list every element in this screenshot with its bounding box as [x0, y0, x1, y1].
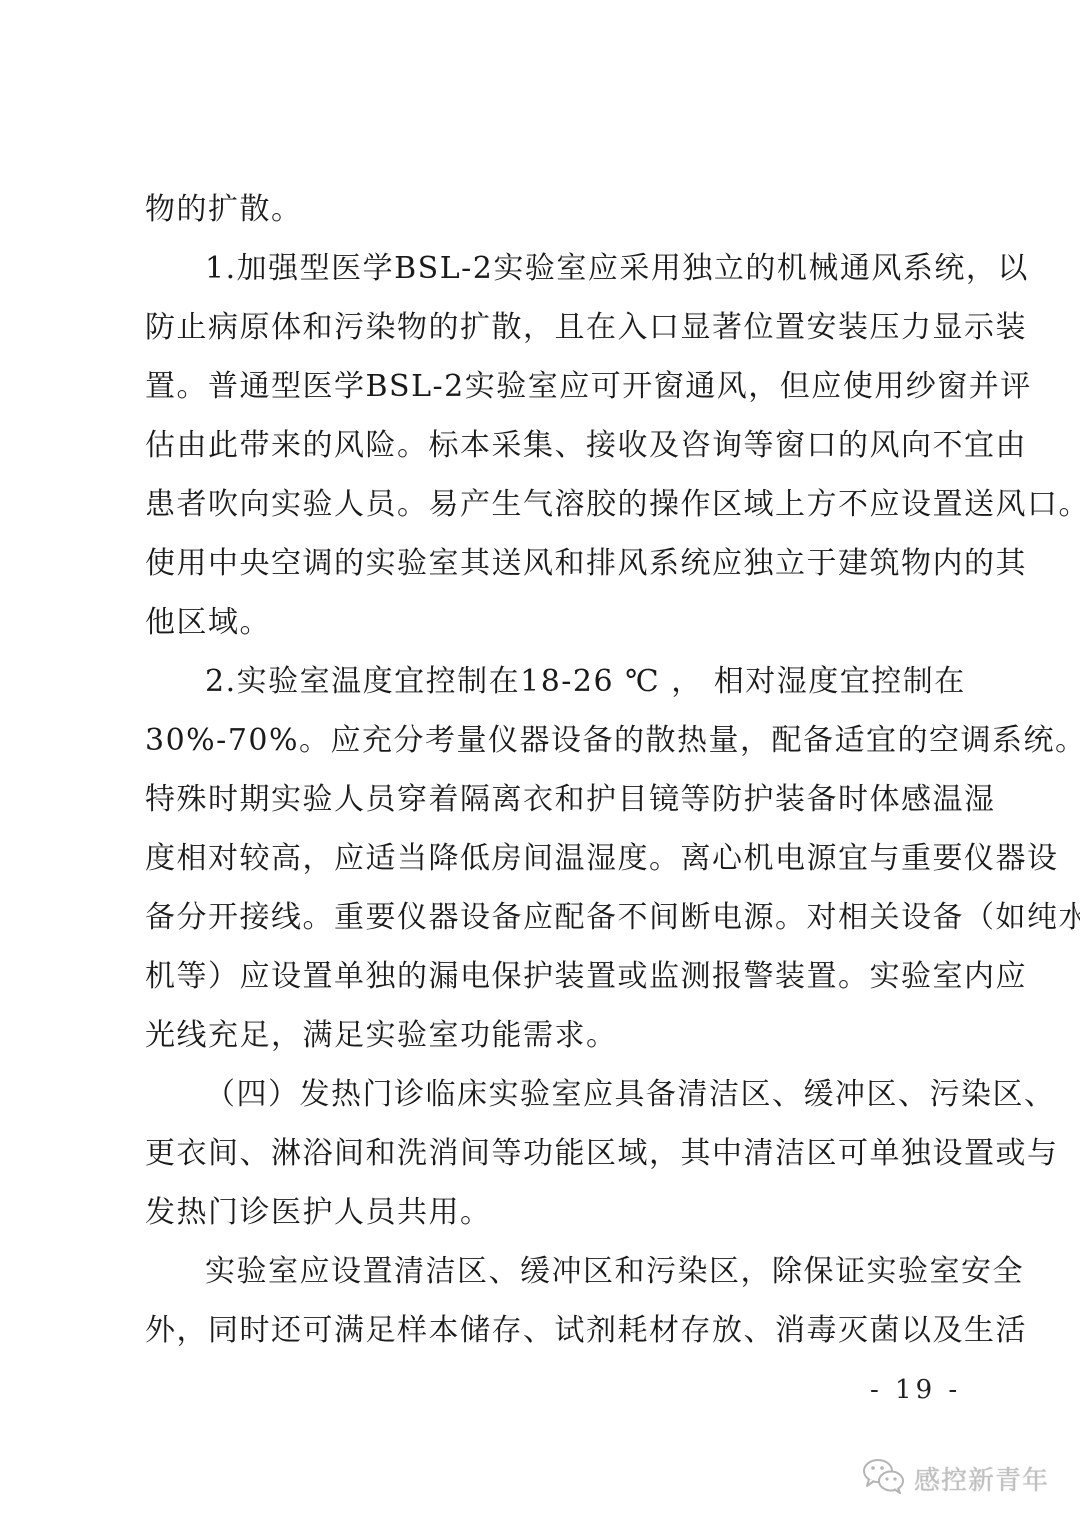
text-line: 特殊时期实验人员穿着隔离衣和护目镜等防护装备时体感温湿 [145, 775, 965, 825]
document-page: 物的扩散。1.加强型医学BSL-2实验室应采用独立的机械通风系统，以防止病原体和… [0, 0, 1080, 1527]
text-line: 外，同时还可满足样本储存、试剂耗材存放、消毒灭菌以及生活 [145, 1306, 965, 1356]
text-line: 1.加强型医学BSL-2实验室应采用独立的机械通风系统，以 [145, 244, 965, 294]
text-line: 实验室应设置清洁区、缓冲区和污染区，除保证实验室安全 [145, 1247, 965, 1297]
text-line: 更衣间、淋浴间和洗消间等功能区域，其中清洁区可单独设置或与 [145, 1129, 965, 1179]
wechat-icon [862, 1457, 906, 1499]
text-line: （四）发热门诊临床实验室应具备清洁区、缓冲区、污染区、 [145, 1070, 965, 1120]
text-line: 置。普通型医学BSL-2实验室应可开窗通风，但应使用纱窗并评 [145, 362, 965, 412]
text-line: 发热门诊医护人员共用。 [145, 1188, 965, 1238]
text-line: 物的扩散。 [145, 185, 965, 235]
text-line: 使用中央空调的实验室其送风和排风系统应独立于建筑物内的其 [145, 539, 965, 589]
text-line: 他区域。 [145, 598, 965, 648]
page-number: - 19 - [870, 1372, 961, 1408]
watermark-text: 感控新青年 [914, 1460, 1049, 1497]
text-line: 备分开接线。重要仪器设备应配备不间断电源。对相关设备（如纯水 [145, 893, 965, 943]
text-line: 防止病原体和污染物的扩散，且在入口显著位置安装压力显示装 [145, 303, 965, 353]
text-line: 机等）应设置单独的漏电保护装置或监测报警装置。实验室内应 [145, 952, 965, 1002]
text-line: 度相对较高，应适当降低房间温湿度。离心机电源宜与重要仪器设 [145, 834, 965, 884]
watermark: 感控新青年 [862, 1458, 1049, 1498]
text-line: 2.实验室温度宜控制在18-26 ℃ ， 相对湿度宜控制在 [145, 657, 965, 707]
text-line: 患者吹向实验人员。易产生气溶胶的操作区域上方不应设置送风口。 [145, 480, 965, 530]
text-line: 光线充足，满足实验室功能需求。 [145, 1011, 965, 1061]
text-line: 估由此带来的风险。标本采集、接收及咨询等窗口的风向不宜由 [145, 421, 965, 471]
text-line: 30%-70%。应充分考量仪器设备的散热量，配备适宜的空调系统。 [145, 716, 965, 766]
